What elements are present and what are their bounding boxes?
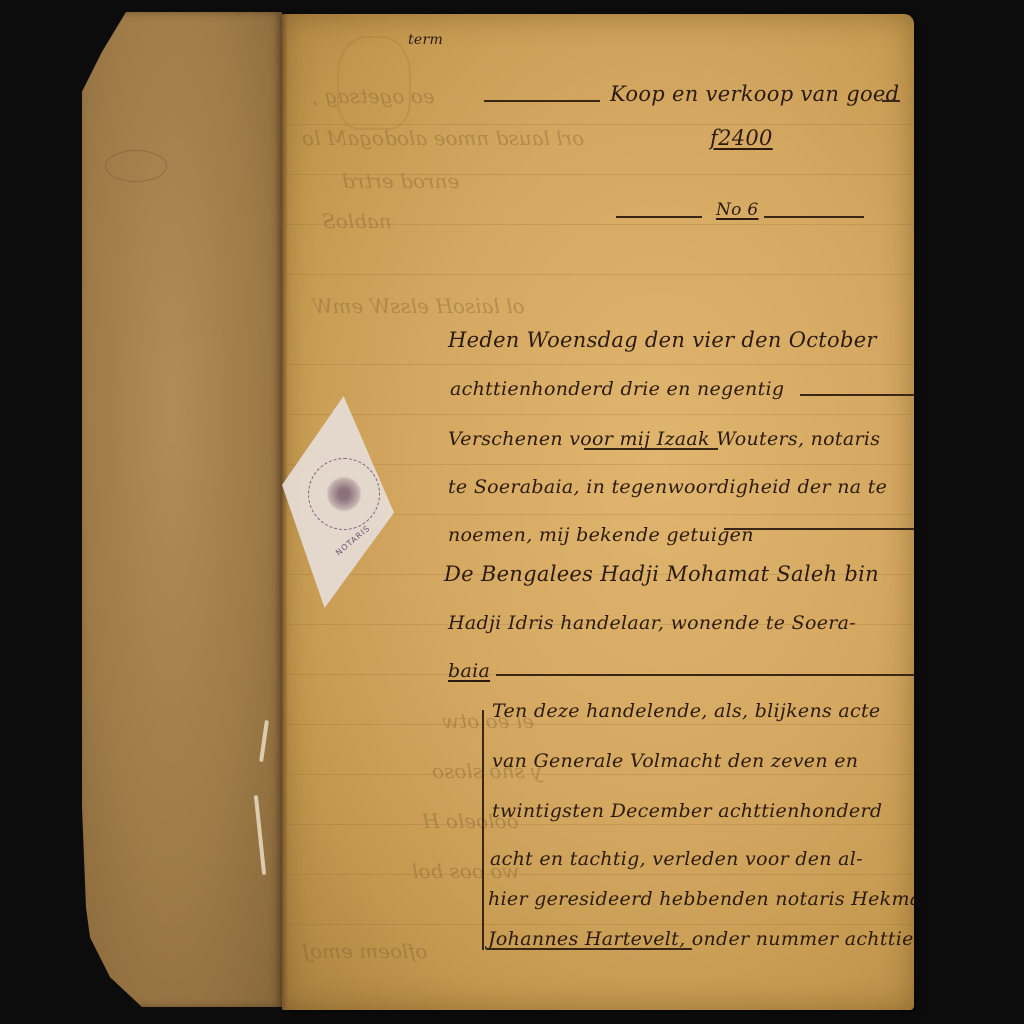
body-line: te Soerabaia, in tegenwoordigheid der na… bbox=[448, 476, 887, 498]
bleed-through-text: eo ogetsag , bbox=[312, 84, 435, 108]
document-scan: eo ogetsag , orl lausd nmoe alodogaM lo … bbox=[0, 0, 1024, 1024]
number-rule-right bbox=[764, 216, 864, 218]
line-fill-rule bbox=[800, 394, 914, 396]
document-page: eo ogetsag , orl lausd nmoe alodogaM lo … bbox=[282, 14, 914, 1010]
name-underline bbox=[486, 948, 692, 950]
body-line: noemen, mij bekende getuigen bbox=[448, 524, 754, 546]
body-line: achttienhonderd drie en negentig bbox=[450, 378, 784, 400]
bleed-through-text: orl lausd nmoe alodogaM lo bbox=[302, 126, 584, 150]
margin-bracket bbox=[482, 710, 484, 950]
bleed-through-text: enrod ertrd bbox=[342, 169, 459, 193]
indented-line: hier geresideerd hebbenden notaris Hekma… bbox=[488, 888, 914, 910]
amount: f2400 bbox=[710, 126, 773, 150]
body-line: Hadji Idris handelaar, wonende te Soera- bbox=[448, 612, 856, 634]
indented-line: acht en tachtig, verleden voor den al- bbox=[490, 848, 863, 870]
bleed-through-text: ofloem emoJ bbox=[302, 939, 427, 963]
body-line: Verschenen voor mij Izaak Wouters, notar… bbox=[448, 428, 880, 450]
body-line: Heden Woensdag den vier den October bbox=[448, 328, 877, 352]
deed-number: No 6 bbox=[716, 200, 759, 220]
body-line: baia bbox=[448, 660, 490, 682]
title-rule-right bbox=[882, 100, 900, 102]
line-fill-rule bbox=[724, 528, 914, 530]
bleed-through-text: nabloS bbox=[322, 209, 392, 233]
seal-emblem-icon bbox=[308, 458, 380, 530]
page-binding-edge bbox=[282, 14, 288, 1010]
name-underline bbox=[584, 448, 718, 450]
cover-pencil-mark bbox=[105, 150, 167, 182]
indented-line: Johannes Hartevelt, onder nummer achttie… bbox=[488, 928, 914, 950]
title-rule-left bbox=[484, 100, 600, 102]
corner-note: term bbox=[408, 32, 443, 48]
bleed-through-text: ol laisoH elssW emW bbox=[312, 294, 525, 318]
indented-line: van Generale Volmacht den zeven en bbox=[492, 750, 858, 772]
notary-stamp: NOTARIS bbox=[282, 396, 394, 608]
indented-line: twintigsten December achttienhonderd bbox=[492, 800, 882, 822]
watermark-emboss bbox=[337, 36, 411, 130]
number-rule-left bbox=[616, 216, 702, 218]
body-line: De Bengalees Hadji Mohamat Saleh bin bbox=[444, 562, 879, 586]
document-title: Koop en verkoop van goed bbox=[610, 82, 899, 106]
line-fill-rule bbox=[496, 674, 914, 676]
indented-line: Ten deze handelende, als, blijkens acte bbox=[492, 700, 880, 722]
